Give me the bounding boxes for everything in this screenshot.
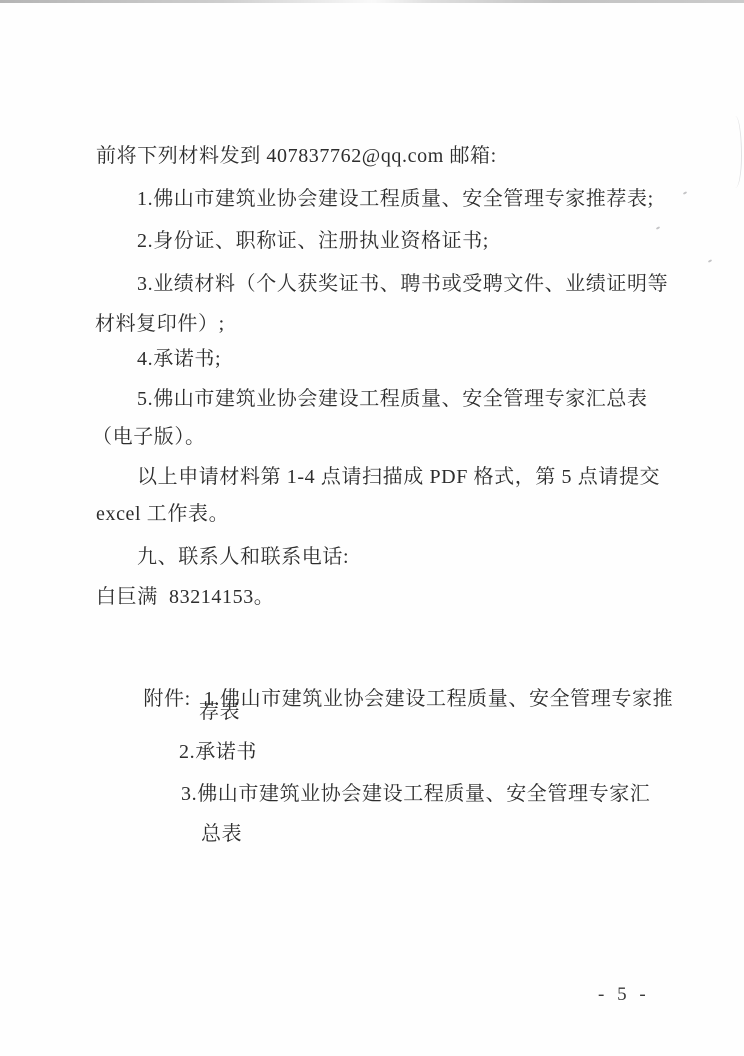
scan-speck	[683, 191, 687, 195]
attachment-item-1-line-2: 荐表	[199, 699, 240, 726]
attachment-item-2: 2.承诺书	[179, 739, 257, 766]
attachments-label: 附件:	[143, 688, 190, 710]
attachment-item-3-line-2: 总表	[201, 821, 242, 848]
scan-edge-artifact	[0, 0, 744, 3]
attachment-item-3-line-1: 3.佛山市建筑业协会建设工程质量、安全管理专家汇	[181, 781, 650, 808]
section-9-heading: 九、联系人和联系电话:	[137, 544, 349, 571]
intro-line: 前将下列材料发到 407837762@qq.com 邮箱:	[96, 143, 497, 170]
material-item-1: 1.佛山市建筑业协会建设工程质量、安全管理专家推荐表;	[137, 186, 654, 213]
material-item-5-line-2: （电子版）。	[92, 424, 206, 451]
material-item-3-line-1: 3.业绩材料（个人获奖证书、聘书或受聘文件、业绩证明等	[137, 271, 668, 298]
note-line-2: excel 工作表。	[96, 501, 229, 528]
material-item-3-line-2: 材料复印件）;	[95, 311, 225, 338]
attachment-item-1-line-1: 1.佛山市建筑业协会建设工程质量、安全管理专家推	[204, 688, 673, 710]
material-item-2: 2.身份证、职称证、注册执业资格证书;	[137, 228, 489, 255]
material-item-5-line-1: 5.佛山市建筑业协会建设工程质量、安全管理专家汇总表	[137, 386, 648, 413]
scan-curl-artifact	[731, 116, 742, 188]
note-line-1: 以上申请材料第 1-4 点请扫描成 PDF 格式，第 5 点请提交	[137, 464, 660, 491]
page-number: - 5 -	[598, 981, 650, 1008]
scan-speck	[708, 259, 712, 263]
contact-info: 白巨满 83214153。	[96, 584, 274, 611]
material-item-4: 4.承诺书;	[137, 346, 221, 373]
scan-speck	[656, 226, 660, 230]
document-page: 前将下列材料发到 407837762@qq.com 邮箱: 1.佛山市建筑业协会…	[0, 0, 744, 1056]
